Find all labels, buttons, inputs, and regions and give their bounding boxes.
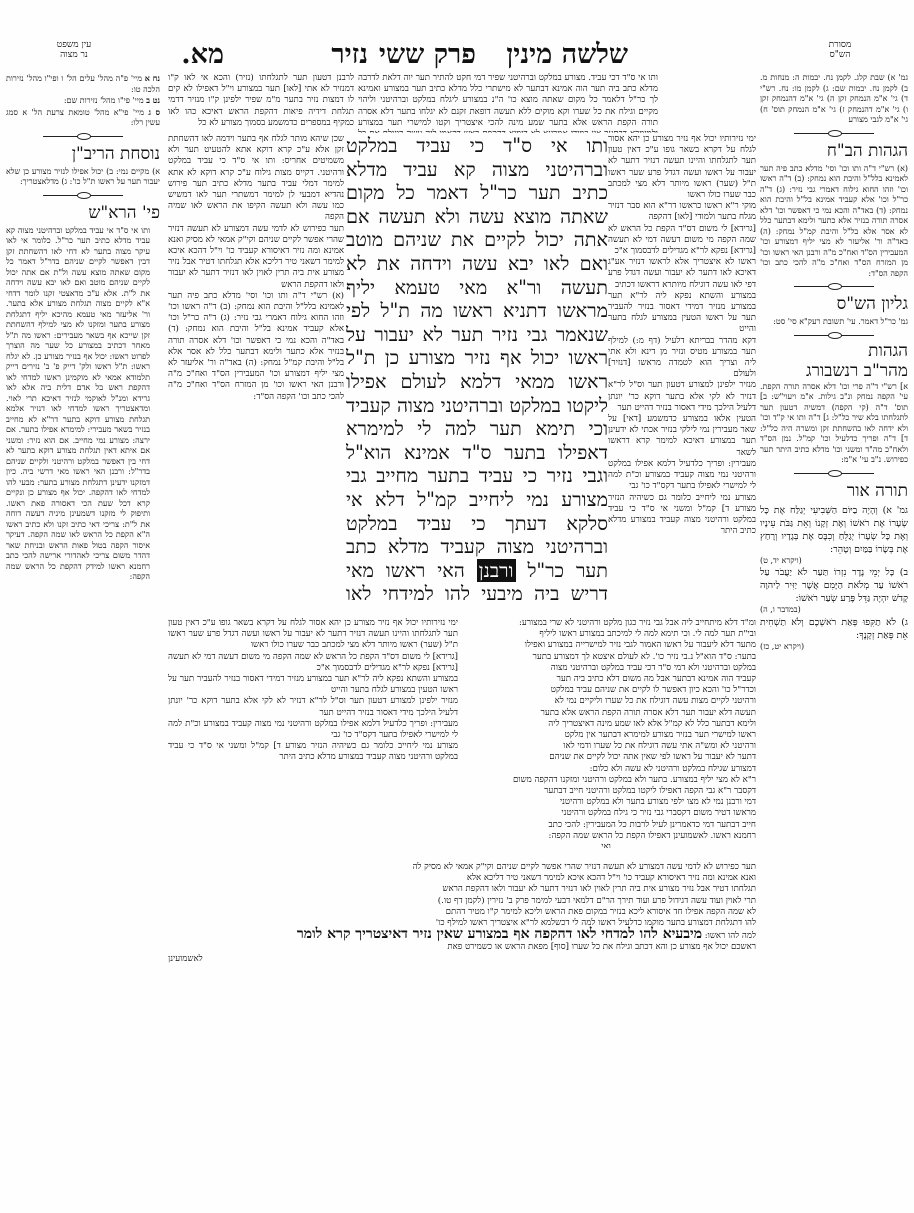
commentary-right-para: הטעין אלאו במצורע כדמשמע [דאי] על שאר מע… (608, 414, 756, 459)
ein-mishpat-label: ס (155, 107, 160, 117)
gemara-line: כר"ל דאמר (427, 181, 517, 204)
page-header: מסורת הש"ס שלשה מינין פרק ששי נזיר מא. ע… (0, 40, 914, 70)
ein-mishpat-letter: ג (148, 107, 151, 117)
gilyon-text: גמ' כר"ל דאמר. עי' תשובת רעק"א סי' סט: (760, 317, 908, 328)
commentary-top-left: לרבנן דטעון תער לתגלחתו (נזיר) והכא אי ל… (168, 73, 354, 133)
commentary-line: דתער לא יעבור על ראשו לפי שאין אתה יכול … (456, 752, 756, 763)
commentary-line: מנזיר ילפינן למצורע דטעון תער וס"ל לר"א … (168, 696, 458, 718)
ein-mishpat-title: עין משפט נר מצוה (44, 40, 104, 60)
commentary-line: קעביד הוה אמינא דבתער אבל מה משום דלא כת… (456, 674, 756, 685)
commentary-line: דמצורע שגילח במלקט ורהיטני לא עשה ולא כל… (456, 764, 756, 775)
commentary-line: מצורע נמי ליחייב כלומר גם כשיהיה הנזיר מ… (168, 741, 458, 763)
torah-or-verse: ג) לֹא תַקִּפוּ פְּאַת רֹאשְׁכֶם וְלֹא ת… (760, 616, 908, 642)
masoret-title-line1: מסורת (810, 40, 870, 50)
commentary-line: תגלחתו דטיר אבל נזיר מצורע אית ביה תרין … (168, 884, 756, 895)
nuschat-title: נוסחת הריב"ן (6, 143, 160, 165)
ornament-divider (43, 190, 123, 200)
maharab-title: מהר"ב רנשבורג (760, 362, 908, 380)
commentary-bottom-full: תער כפירוש לא לדמי עשה דמצורע לא תעשה דנ… (168, 862, 756, 992)
masoret-hashas-text: גמ' א) שבת קלג. לקמן נח. יבמות ה: מנחות … (760, 73, 908, 126)
ein-mishpat-title-line1: עין משפט (44, 40, 104, 50)
ein-mishpat-label: נט (153, 95, 160, 105)
right-margin: גמ' א) שבת קלג. לקמן נח. יבמות ה: מנחות … (760, 73, 908, 1173)
ornament-divider (794, 281, 874, 291)
commentary-line: למה להו ראשו: (705, 931, 756, 941)
ein-mishpat-text: מיי' פי"ו מהל' נזירות שם: (64, 96, 144, 105)
commentary-line: חייב דבתער דמי כדאמרינן לעיל לרבות כל המ… (456, 820, 756, 831)
commentary-left-para: (א) רש"י ד"ה ותו וכו' וסי' מדלא כתב פיה … (168, 291, 344, 403)
ornament-divider (794, 128, 874, 138)
commentary-line: לאשמועינן (168, 954, 756, 965)
commentary-line: במלקט וברהיטני ולא דמי ס"ד דכי עביד במלק… (456, 663, 756, 674)
torah-or-verse: ב) כָּל יְמֵי נֶדֶר נִזְרוֹ תַּעַר לֹא י… (760, 566, 908, 605)
commentary-line: מראשו דטיר משום דקסברי גבי נזיר כי גילח … (456, 808, 756, 819)
rosh-text: ותו אי ס"ד אי עביד במלקט וברהיטני מצוה ק… (6, 226, 160, 583)
commentary-right-para: במצורע והשתא נפקא ליה לר"א תער במצורע מנ… (608, 291, 756, 336)
commentary-right-para: מצורע נמי ליחייב כלומר גם כשיהיה הנזיר מ… (608, 493, 756, 538)
commentary-line: בתער: ס"ד הוא"ל נ.בי נזיר כו'. לא לעולם … (456, 652, 756, 663)
commentary-top-right-text: ותו אי ס"ד דכי עביד. מצורע במלקט וברהיטנ… (358, 73, 658, 133)
commentary-top-right: ותו אי ס"ד דכי עביד. מצורע במלקט וברהיטנ… (358, 73, 658, 133)
tractate-name: נזיר (331, 40, 368, 70)
commentary-line: [גרידא] לי משום דס"ד הקפת כל הראש לא שמה… (168, 652, 458, 674)
commentary-line: ואי (456, 842, 756, 848)
torah-or-ref: (ויקרא יד, ט) (760, 556, 908, 567)
commentary-right-para: מוקי ר"א ראשו כראשו דר"א הוא סבר דנזיר מ… (608, 201, 756, 223)
commentary-line: דקסבר ר"א גבי הקפה דאפילו ליקטו במלקט ור… (456, 786, 756, 797)
ein-mishpat-letter: א (145, 73, 150, 83)
commentary-right-para: מעבירין: ופריך כלדעיל דלמא אפילו במלקט ו… (608, 459, 756, 493)
commentary-line: דמי ורבנן נמי לא מצו ילפי מצורע בתער ולא… (456, 797, 756, 808)
commentary-right-para: דקא מהדר בבריתא דלעיל (דף מ:) למילף תער … (608, 336, 756, 381)
commentary-line: וכדר"ל כו' והכא כיון דאפשר לו לקיים את ש… (456, 685, 756, 696)
ornament-divider (794, 468, 874, 478)
gemara-text: ותו אי ס"ד כי עביד במלקט וברהיטני מצוה ק… (346, 134, 608, 604)
maharab-text: א] רש"י ד"ה פרי וכו' דלא אסרה תורה הקפת.… (760, 382, 908, 466)
maharab-title: הגהות (760, 342, 908, 360)
bach-text: (א) רש"י ד"ה ותו וכו' וסי' מדלא כתב פיה … (760, 164, 908, 280)
highlighted-word[interactable]: ורבנן (477, 559, 516, 582)
ornament-divider (43, 131, 123, 141)
ein-mishpat-title-line2: נר מצוה (44, 50, 104, 60)
bach-title: הגהות הב"ח (760, 140, 908, 162)
commentary-line: לא שמה הקפה אפילו חד איסורא ליכא בנזיר ב… (168, 907, 756, 918)
commentary-line: ר"א לא מצי יליף במצורע. בתער ולא במלקט ו… (456, 775, 756, 786)
commentary-right-para: מנזיר ילפינן למצורע דטעון תער וס"ל לר"א … (608, 380, 756, 414)
torah-or-ref: (במדבר ו, ה) (760, 605, 908, 616)
gemara-line: ביה מיבעי להו למידחי לאו דהקפה דתניא (346, 582, 608, 604)
commentary-line: ורהיטני לא ומש"ה אתי עשה דוגילח את כל שע… (456, 741, 756, 752)
folio-number: מא. (181, 40, 224, 70)
ein-mishpat-text: מיי' פ"ה מהל' עלים הל' ו ופי"ו מהל' נזיר… (6, 74, 160, 94)
ornament-divider (794, 330, 874, 340)
commentary-line: ראשו למישרי תער בנזיר מצורע למימרא דבתער… (456, 730, 756, 741)
commentary-bottom-left: ימי נזירותיו יכול אף נזיר מצורע כן יהא א… (168, 618, 458, 848)
commentary-line: תער כפירוש לא לדמי עשה דמצורע לא תעשה דנ… (168, 862, 756, 873)
rosh-title: פי' הרא"ש (6, 202, 160, 224)
masoret-title-line2: הש"ס (810, 50, 870, 60)
ein-mishpat-letter: ב (146, 95, 150, 105)
chapter-name: שלשה מינין (506, 40, 628, 70)
torah-or-ref: (ויקרא יט, כז) (760, 642, 908, 653)
gilyon-title: גליון הש"ס (760, 293, 908, 315)
commentary-left-column: שכן שיהא מותר לגלח אף בתער וידמה לאו דהש… (168, 134, 344, 564)
commentary-line: ומ"ד דלא מיתחייב ליה אבל גבי נזיר כגון מ… (456, 618, 756, 629)
commentary-line: במצורע והשתא נפקא ליה לר"א תער במצורע מנ… (168, 674, 458, 696)
torah-or-title: תורה אור (760, 480, 908, 502)
left-margin: נח א מיי' פ"ה מהל' עלים הל' ו ופי"ו מהל'… (6, 73, 160, 1173)
chapter-number: פרק ששי (379, 40, 476, 70)
commentary-line: ולימא דבתער כלל לא קמ"ל אלא לאו שמע מינה… (456, 719, 756, 730)
dibbur-hamatchil: מיבעיא להו למדחי לאו דהקפה אף במצורע שאי… (297, 926, 702, 942)
commentary-line: תעשה דלא יעבור תער דלא אסרה תורה הקפת הר… (456, 708, 756, 719)
commentary-line: מעבירין: ופריך כלדעיל דלמא אפילו במלקט ו… (168, 719, 458, 741)
torah-or-verse: גמ' א) וְהָיָה בַיּוֹם הַשְּׁבִיעִי יְגַ… (760, 504, 908, 556)
nuschat-text: א) מקיים נמי: ב) יכול אפילו לנזיר מצורע … (6, 167, 160, 188)
commentary-line: ואנא אמינא ומה נזיר דאיסורא קעביד כו' וי… (168, 873, 756, 884)
commentary-line: ורהיטני לקיים מצות עשה דוגילח את כל שערו… (456, 696, 756, 707)
commentary-right-para: ימי נזירותיו יכול אף נזיר מצורע כן יהא א… (608, 134, 756, 201)
commentary-top-left-text: לרבנן דטעון תער לתגלחתו (נזיר) והכא אי ל… (168, 73, 354, 129)
commentary-right-para: [גרידא] לי משום דס"ד הקפת כל הראש לא שמה… (608, 224, 756, 258)
commentary-line: ימי נזירותיו יכול אף נזיר מצורע כן יהא א… (168, 618, 458, 652)
commentary-bottom-right: ומ"ד דלא מיתחייב ליה אבל גבי נזיר כגון מ… (456, 618, 756, 848)
commentary-left-para: תער כפירוש לא לדמי עשה דמצורע לא תעשה דנ… (168, 224, 344, 291)
masoret-title: מסורת הש"ס (810, 40, 870, 60)
commentary-line: רחמנא ראשו. לאשמועינן דאפילו הקפת כל הרא… (456, 831, 756, 842)
commentary-line: תרי לאוין ועוד עשה דגידול פרע ועוד תירך … (168, 896, 756, 907)
ein-mishpat-text: מיי' פי"א מהל' טומאת צרעת הל' א סמג עשין… (6, 108, 160, 128)
commentary-right-para: ראשו לא איצטריך אלא לראשו דנזיר אע"ג דאי… (608, 257, 756, 291)
commentary-line: ראשכם יכול אף מצורע כן והא דכתב וגילח את… (168, 942, 756, 953)
commentary-right-column: ימי נזירותיו יכול אף נזיר מצורע כן יהא א… (608, 134, 756, 614)
commentary-line: ובי"ת תער למה לי. וכי תימא למה לי למיכתב… (456, 629, 756, 640)
ein-mishpat-label: נח (153, 73, 160, 83)
commentary-line: מתער דלא ליעבור על ראשו האמור לגבי נזיר … (456, 640, 756, 651)
commentary-left-para: שכן שיהא מותר לגלח אף בתער וידמה לאו דהש… (168, 134, 344, 224)
